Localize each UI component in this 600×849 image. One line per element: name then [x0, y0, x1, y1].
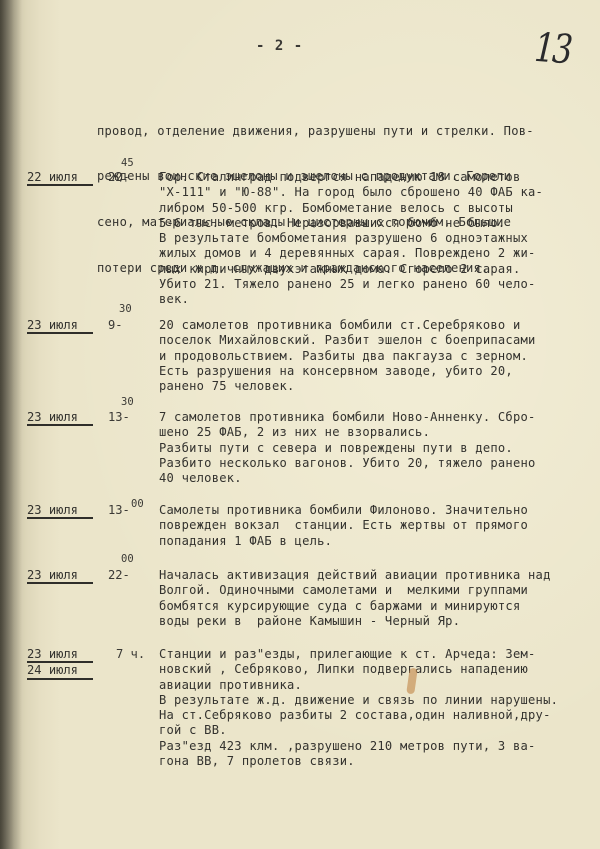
- entry-text-line: 20 самолетов противника бомбили ст.Сереб…: [159, 318, 536, 333]
- entry-text-line: ранено 75 человек.: [159, 379, 536, 394]
- entry-time: 7 ч.: [116, 647, 145, 662]
- archive-sheet-number: 13: [533, 25, 572, 73]
- entry-text-line: век.: [159, 292, 543, 307]
- entry-text-line: поселок Михайловский. Разбит эшелон с бо…: [159, 333, 536, 348]
- entry-text: Самолеты противника бомбили Филоново. Зн…: [159, 503, 528, 549]
- entry-time: 9-: [108, 318, 123, 333]
- entry-text: 7 самолетов противника бомбили Ново-Анне…: [159, 410, 536, 486]
- entry-text-line: В результате ж.д. движение и связь по ли…: [159, 693, 558, 708]
- entry-time-minutes: 30: [121, 397, 134, 407]
- entry-text-line: и продовольствием. Разбиты два пакгауза …: [159, 349, 536, 364]
- entry-text-line: воды реки в районе Камышин - Черный Яр.: [159, 614, 551, 629]
- entry-text-line: На ст.Себряково разбиты 2 состава,один н…: [159, 708, 558, 723]
- entry-text-line: 7 самолетов противника бомбили Ново-Анне…: [159, 410, 536, 425]
- entry-text-line: бомбятся курсирующие суда с баржами и ми…: [159, 599, 551, 614]
- entry-text-line: поврежден вокзал станции. Есть жертвы от…: [159, 518, 528, 533]
- entry-date: 23 июля: [27, 503, 93, 519]
- entry-time-minutes: 00: [131, 499, 144, 509]
- entry-text-line: Волгой. Одиночными самолетами и мелкими …: [159, 583, 551, 598]
- entry-text-line: Гор. Сталинград подвергся нападению 18 с…: [159, 170, 543, 185]
- entry-text-line: В результате бомбометания разрушено 6 од…: [159, 231, 543, 246]
- entry-time: 22-: [108, 170, 130, 185]
- date-text: 23 июля: [27, 503, 93, 518]
- document-page: - 2 - 13 провод, отделение движения, раз…: [0, 0, 600, 849]
- entry-text-line: лых кирпичных двухэтажных дома. Сгорело …: [159, 262, 543, 277]
- date-text: 22 июля: [27, 170, 93, 185]
- entry-text-line: 40 человек.: [159, 471, 536, 486]
- entry-text-line: Убито 21. Тяжело ранено 25 и легко ранен…: [159, 277, 543, 292]
- entry-text-line: Раз"езд 423 клм. ,разрушено 210 метров п…: [159, 739, 558, 754]
- entry-text-line: авиации противника.: [159, 678, 558, 693]
- entry-text-line: либром 50-500 кгр. Бомбометание велось с…: [159, 201, 543, 216]
- entry-text-line: попадания 1 ФАБ в цель.: [159, 534, 528, 549]
- intro-line: провод, отделение движения, разрушены пу…: [97, 124, 534, 139]
- entry-text-line: Есть разрушения на консервном заводе, уб…: [159, 364, 536, 379]
- entry-date: 22 июля: [27, 170, 93, 186]
- entry-text-line: Станции и раз"езды, прилегающие к ст. Ар…: [159, 647, 558, 662]
- binding-shadow: [0, 0, 22, 849]
- entry-text-line: жилых домов и 4 деревянных сарая. Повреж…: [159, 246, 543, 261]
- entry-text-line: гона ВВ, 7 пролетов связи.: [159, 754, 558, 769]
- entry-text-line: шено 25 ФАБ, 2 из них не взорвались.: [159, 425, 536, 440]
- entry-text: Гор. Сталинград подвергся нападению 18 с…: [159, 170, 543, 308]
- entry-text-line: новский , Себряково, Липки подвергались …: [159, 662, 558, 677]
- entry-time-minutes: 45: [121, 158, 134, 168]
- page-number: - 2 -: [256, 38, 303, 54]
- entry-text-line: Началась активизация действий авиации пр…: [159, 568, 551, 583]
- entry-text-line: "Х-111" и "Ю-88". На город было сброшено…: [159, 185, 543, 200]
- date-text: 23 июля: [27, 318, 93, 333]
- entry-date: 23 июля24 июля: [27, 647, 93, 680]
- entry-date: 23 июля: [27, 318, 93, 334]
- entry-time-minutes: 30: [119, 304, 132, 314]
- entry-time: 22-: [108, 568, 130, 583]
- entry-text-line: 5-6 тыс. метров. Неразорвавшихся бомб не…: [159, 216, 543, 231]
- entry-text-line: гой с ВВ.: [159, 723, 558, 738]
- date-text: 23 июля: [27, 568, 93, 583]
- entry-time: 13-: [108, 410, 130, 425]
- entry-text-line: Разбито несколько вагонов. Убито 20, тяж…: [159, 456, 536, 471]
- entry-text-line: Разбиты пути с севера и повреждены пути …: [159, 441, 536, 456]
- entry-date: 23 июля: [27, 568, 93, 584]
- entry-time: 13-: [108, 503, 130, 518]
- date-text: 23 июля: [27, 410, 93, 425]
- entry-text: 20 самолетов противника бомбили ст.Сереб…: [159, 318, 536, 394]
- entry-text: Станции и раз"езды, прилегающие к ст. Ар…: [159, 647, 558, 769]
- entry-time-minutes: 00: [121, 554, 134, 564]
- entry-date: 23 июля: [27, 410, 93, 426]
- date-text: 24 июля: [27, 663, 93, 678]
- entry-text-line: Самолеты противника бомбили Филоново. Зн…: [159, 503, 528, 518]
- entry-text: Началась активизация действий авиации пр…: [159, 568, 551, 629]
- date-text: 23 июля: [27, 647, 93, 662]
